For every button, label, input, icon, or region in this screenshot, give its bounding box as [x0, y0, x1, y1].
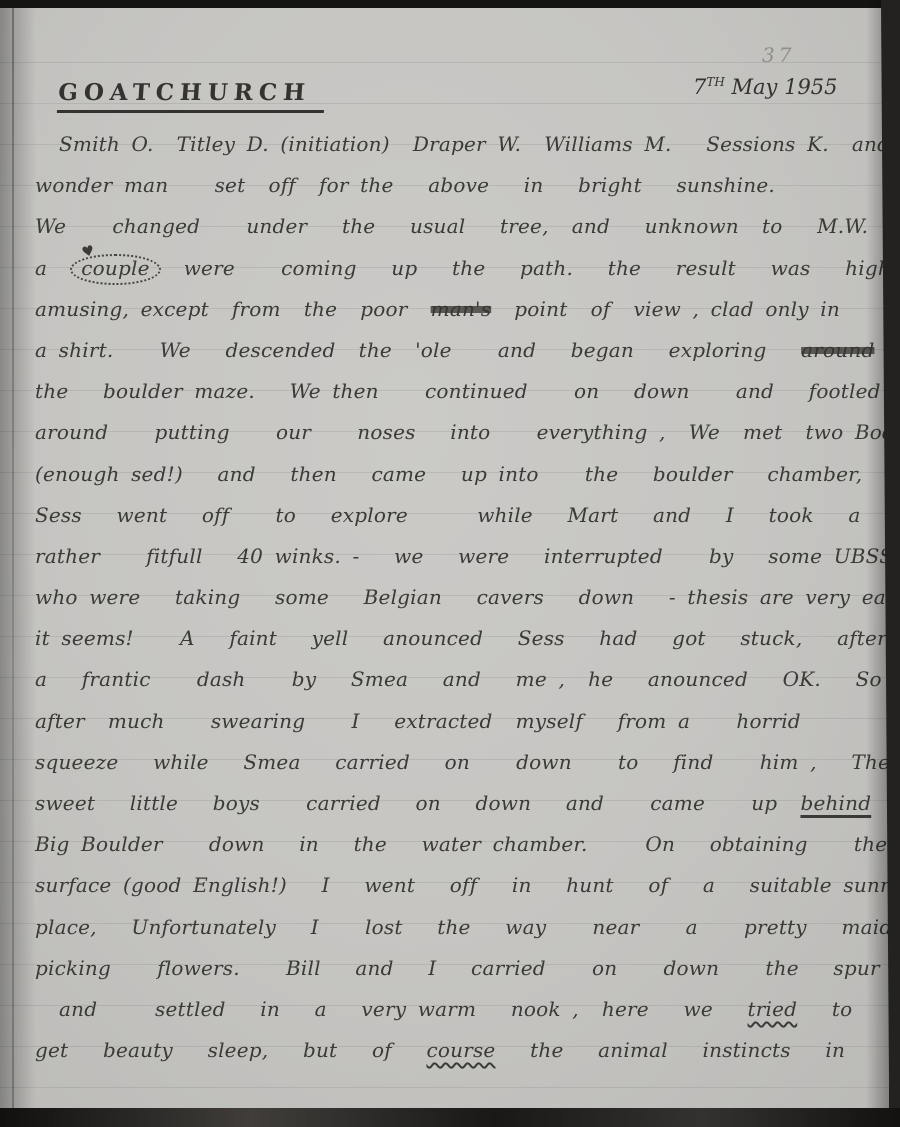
text-segment: amusing, except from the poor [35, 297, 431, 321]
handwritten-line: Sess went off to explore while Mart and … [35, 495, 877, 536]
date-day: 7 [693, 75, 706, 99]
handwritten-line: get beauty sleep, but of course the anim… [35, 1030, 877, 1071]
handwritten-line: Big Boulder down in the water chamber. O… [35, 824, 877, 865]
scan-bottom-edge [0, 1108, 900, 1127]
text-segment: after much swearing I extracted myself f… [35, 709, 801, 733]
handwritten-line: a frantic dash by Smea and me , he anoun… [35, 659, 877, 700]
text-segment: (enough sed!) and then came up into the … [35, 462, 862, 486]
text-segment: a [35, 256, 70, 280]
date-rest: May 1955 [725, 75, 838, 99]
text-segment: get beauty sleep, but of [35, 1038, 426, 1062]
scan-top-edge [0, 0, 900, 8]
text-segment: sweet little boys carried on down and ca… [35, 791, 800, 815]
handwritten-line: sweet little boys carried on down and ca… [35, 783, 877, 824]
text-segment: behind [800, 791, 871, 815]
handwritten-line: picking flowers. Bill and I carried on d… [35, 948, 877, 989]
text-segment: tried [748, 997, 798, 1021]
text-segment: place, Unfortunately I lost the way near… [35, 915, 892, 939]
text-segment: wonder man set off for the above in brig… [35, 173, 775, 197]
handwritten-line: amusing, except from the poor man's poin… [35, 289, 877, 330]
text-segment: a frantic dash by Smea and me , he anoun… [35, 667, 882, 691]
text-segment: picking flowers. Bill and I carried on d… [35, 956, 880, 980]
text-segment: around [801, 338, 874, 362]
text-segment: Sess went off to explore while Mart and … [35, 503, 860, 527]
text-segment: Smith O. Titley D. (initiation) Draper W… [59, 132, 890, 156]
text-segment: point of view , clad only in [491, 297, 840, 321]
circled-word: couple♥ [70, 254, 160, 285]
text-segment: We changed under the usual tree, and unk… [35, 214, 868, 238]
page-number: 37 [762, 43, 795, 67]
notebook-scan: 37 GOATCHURCH 7TH May 1955 Smith O. Titl… [0, 0, 900, 1127]
handwritten-line: and settled in a very warm nook , here w… [35, 989, 877, 1030]
text-segment: were coming up the path. the result was … [161, 256, 900, 280]
handwritten-line: the boulder maze. We then continued on d… [35, 371, 877, 412]
handwritten-line: (enough sed!) and then came up into the … [35, 454, 877, 495]
handwritten-line: a shirt. We descended the 'ole and began… [35, 330, 877, 371]
text-segment: squeeze while Smea carried on down to fi… [35, 750, 890, 774]
handwritten-line: who were taking some Belgian cavers down… [35, 577, 877, 618]
text-segment: surface (good English!) I went off in hu… [35, 873, 900, 897]
text-segment: man's [431, 297, 492, 321]
handwritten-line: around putting our noses into everything… [35, 412, 877, 453]
entry-date: 7TH May 1955 [693, 75, 838, 99]
text-segment: and settled in a very warm nook , here w… [59, 997, 748, 1021]
text-segment: course [426, 1038, 495, 1062]
handwritten-line: squeeze while Smea carried on down to fi… [35, 742, 877, 783]
notebook-page: 37 GOATCHURCH 7TH May 1955 Smith O. Titl… [0, 7, 889, 1108]
handwritten-line: wonder man set off for the above in brig… [35, 165, 877, 206]
entry-title: GOATCHURCH [57, 79, 326, 113]
handwritten-line: it seems! A faint yell anounced Sess had… [35, 618, 877, 659]
text-segment: Big Boulder down in the water chamber. O… [35, 832, 887, 856]
handwritten-line: a couple♥ were coming up the path. the r… [35, 248, 877, 289]
handwritten-line: place, Unfortunately I lost the way near… [35, 907, 877, 948]
text-segment: the animal instincts in [495, 1038, 845, 1062]
text-segment: around putting our noses into everything… [35, 420, 900, 444]
text-segment: the boulder maze. We then continued on d… [35, 379, 881, 403]
handwriting-body: Smith O. Titley D. (initiation) Draper W… [35, 124, 877, 1071]
handwritten-line: after much swearing I extracted myself f… [35, 701, 877, 742]
text-segment: to [797, 997, 852, 1021]
text-segment: rather fitfull 40 winks. - we were inter… [35, 544, 899, 568]
handwritten-line: Smith O. Titley D. (initiation) Draper W… [35, 124, 877, 165]
text-segment: a shirt. We descended the 'ole and began… [35, 338, 801, 362]
date-ordinal: TH [706, 75, 724, 89]
handwritten-line: We changed under the usual tree, and unk… [35, 206, 877, 247]
text-segment: who were taking some Belgian cavers down… [35, 585, 900, 609]
handwritten-line: rather fitfull 40 winks. - we were inter… [35, 536, 877, 577]
handwritten-line: surface (good English!) I went off in hu… [35, 865, 877, 906]
text-segment: it seems! A faint yell anounced Sess had… [35, 626, 887, 650]
